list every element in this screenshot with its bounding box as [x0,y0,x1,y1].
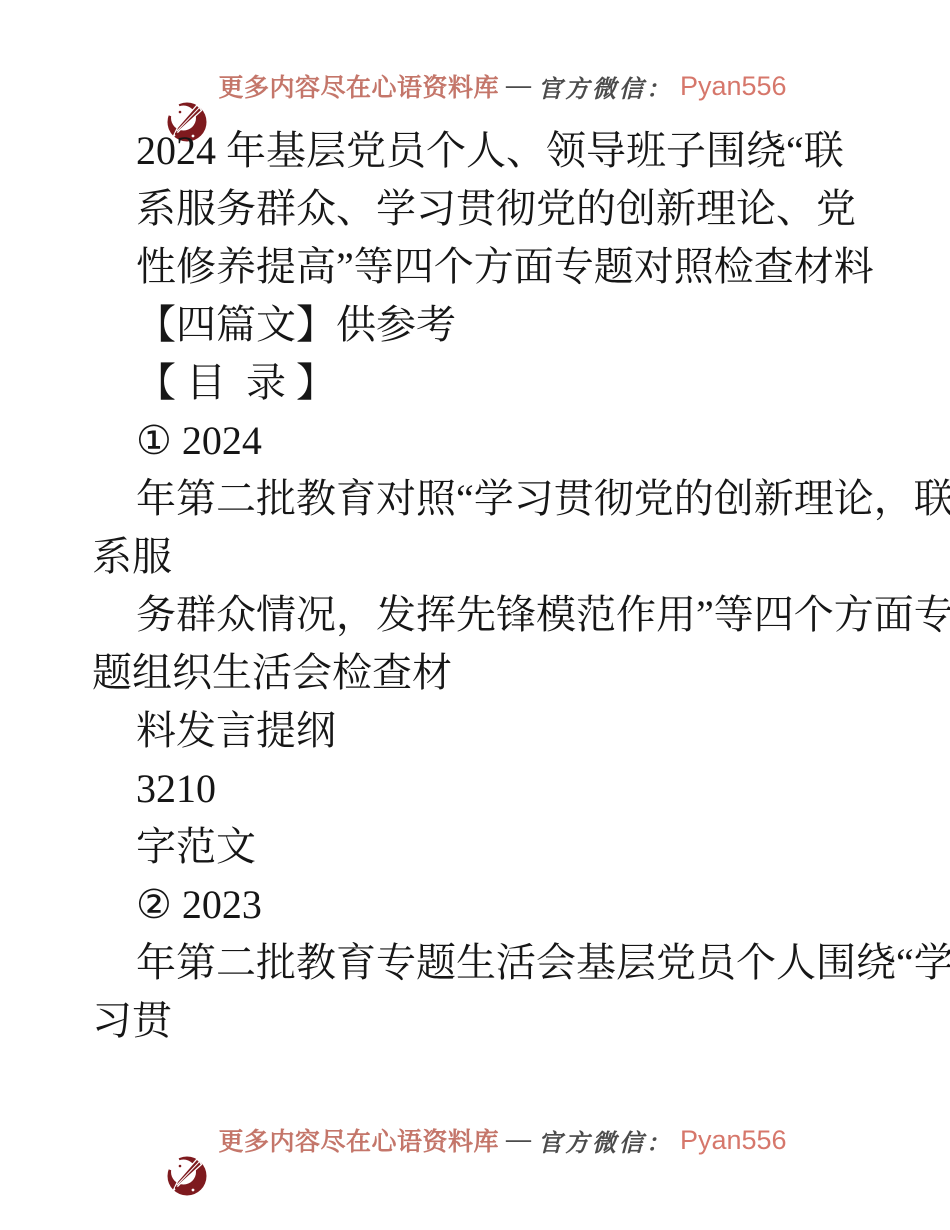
text-line-item-2-number: ② 2023 [92,876,872,934]
watermark-wechat-label: 官方微信： [538,1123,673,1158]
text-line-item-1-number: ① 2024 [92,412,872,470]
text-line-item-2a: 年第二批教育专题生活会基层党员个人围绕“学 [92,934,872,992]
pen-nib-logo-icon [163,62,211,110]
text-line-toc-heading: 【 目 录 】 [92,354,872,412]
text-line-title-2: 系服务群众、学习贯彻党的创新理论、党 [92,180,872,238]
text-line-item-1e: 料发言提纲 [92,702,872,760]
document-page: 更多内容尽在心语资料库—官方微信：Pyan556 2024 年基层党员个人、领导… [0,0,950,1230]
watermark-separator: — [506,72,531,100]
document-body: 2024 年基层党员个人、领导班子围绕“联 系服务群众、学习贯彻党的创新理论、党… [92,122,872,1050]
text-line-title-1: 2024 年基层党员个人、领导班子围绕“联 [92,122,872,180]
pen-nib-logo-icon [163,1116,211,1164]
watermark-separator: — [506,1126,531,1154]
footer-watermark: 更多内容尽在心语资料库—官方微信：Pyan556 [0,1116,950,1164]
watermark-brand-text: 更多内容尽在心语资料库 [218,68,499,104]
watermark-wechat-id: Pyan556 [680,1125,787,1156]
text-line-item-1c: 务群众情况，发挥先锋模范作用”等四个方面专 [92,586,872,644]
text-line-item-1d: 题组织生活会检查材 [92,644,872,702]
text-line-item-1a: 年第二批教育对照“学习贯彻党的创新理论，联 [92,470,872,528]
header-watermark: 更多内容尽在心语资料库—官方微信：Pyan556 [0,62,950,110]
text-line-title-3: 性修养提高”等四个方面专题对照检查材料 [92,238,872,296]
watermark-wechat-label: 官方微信： [538,69,673,104]
text-line-item-2b: 习贯 [92,992,872,1050]
text-line-item-1-wordcount: 3210 [92,760,872,818]
text-line-item-1b: 系服 [92,528,872,586]
watermark-brand-text: 更多内容尽在心语资料库 [218,1122,499,1158]
text-line-item-1f: 字范文 [92,818,872,876]
watermark-wechat-id: Pyan556 [680,71,787,102]
text-line-title-4: 【四篇文】供参考 [92,296,872,354]
